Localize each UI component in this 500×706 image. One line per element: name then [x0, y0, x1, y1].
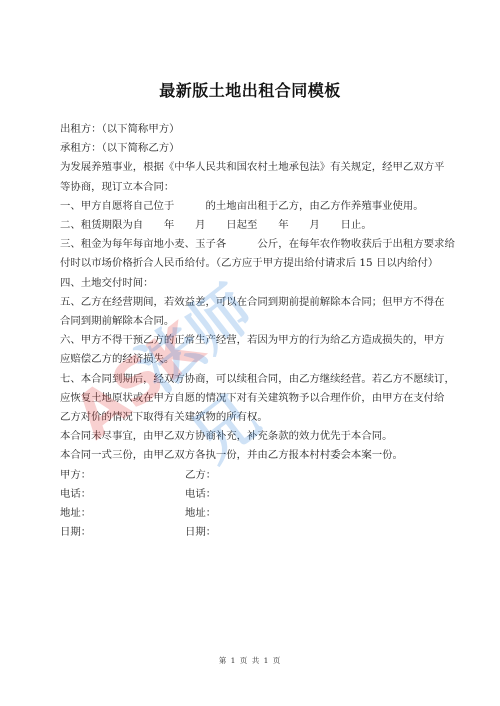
clause-7-line-2: 应恢复土地原状或在甲方自愿的情况下对有关建筑物予以合理作价，由甲方在支付给: [60, 389, 445, 408]
party-a-phone-label: 电话：: [60, 485, 185, 504]
document-title: 最新版土地出租合同模板: [0, 78, 500, 101]
document-body: 出租方：（以下简称甲方） 承租方：（以下简称乙方） 为发展养殖事业，根据《中华人…: [60, 120, 445, 542]
document-page: 最新版土地出租合同模板 出租方：（以下简称甲方） 承租方：（以下简称乙方） 为发…: [0, 0, 500, 706]
lessor-line: 出租方：（以下简称甲方）: [60, 120, 445, 139]
signature-row-date: 日期： 日期：: [60, 523, 445, 542]
lessee-line: 承租方：（以下简称乙方）: [60, 139, 445, 158]
clause-1: 一、甲方自愿将自己位于 的土地亩出租于乙方，由乙方作养殖事业使用。: [60, 197, 445, 216]
preamble-line-2: 等协商，现订立本合同：: [60, 178, 445, 197]
clause-3-line-1: 三、租金为每年每亩地小麦、玉子各 公斤，在每年农作物收获后于出租方要求给: [60, 235, 445, 254]
signature-row-phone: 电话： 电话：: [60, 485, 445, 504]
clause-2: 二、租赁期限为自 年 月 日起至 年 月 日止。: [60, 216, 445, 235]
clause-6-line-1: 六、甲方不得干预乙方的正常生产经营，若因为甲方的行为给乙方造成损失的，甲方: [60, 331, 445, 350]
supplement-line: 本合同未尽事宜，由甲乙双方协商补充，补充条款的效力优先于本合同。: [60, 427, 445, 446]
clause-7-line-3: 乙方对价的情况下取得有关建筑物的所有权。: [60, 408, 445, 427]
clause-6-line-2: 应赔偿乙方的经济损失。: [60, 350, 445, 369]
clause-5-line-2: 合同到期前解除本合同。: [60, 312, 445, 331]
clause-4: 四、土地交付时间：: [60, 274, 445, 293]
clause-5-line-1: 五、乙方在经营期间，若效益差，可以在合同到期前提前解除本合同；但甲方不得在: [60, 293, 445, 312]
clause-7-line-1: 七、本合同到期后，经双方协商，可以续租合同，由乙方继续经营。若乙方不愿续订，: [60, 370, 445, 389]
party-a-label: 甲方：: [60, 466, 185, 485]
signature-row-address: 地址： 地址：: [60, 504, 445, 523]
preamble-line-1: 为发展养殖事业，根据《中华人民共和国农村土地承包法》有关规定，经甲乙双方平: [60, 158, 445, 177]
signature-row-party: 甲方： 乙方：: [60, 466, 445, 485]
copies-line: 本合同一式三份，由甲乙双方各执一份，并由乙方报本村村委会本案一份。: [60, 446, 445, 465]
party-b-address-label: 地址：: [185, 504, 216, 523]
party-a-date-label: 日期：: [60, 523, 185, 542]
party-b-phone-label: 电话：: [185, 485, 216, 504]
party-a-address-label: 地址：: [60, 504, 185, 523]
clause-3-line-2: 付时以市场价格折合人民币给付。（乙方应于甲方提出给付请求后 15 日以内给付）: [60, 254, 445, 273]
party-b-date-label: 日期：: [185, 523, 216, 542]
party-b-label: 乙方：: [185, 466, 216, 485]
page-number-footer: 第 1 页 共 1 页: [0, 655, 500, 666]
